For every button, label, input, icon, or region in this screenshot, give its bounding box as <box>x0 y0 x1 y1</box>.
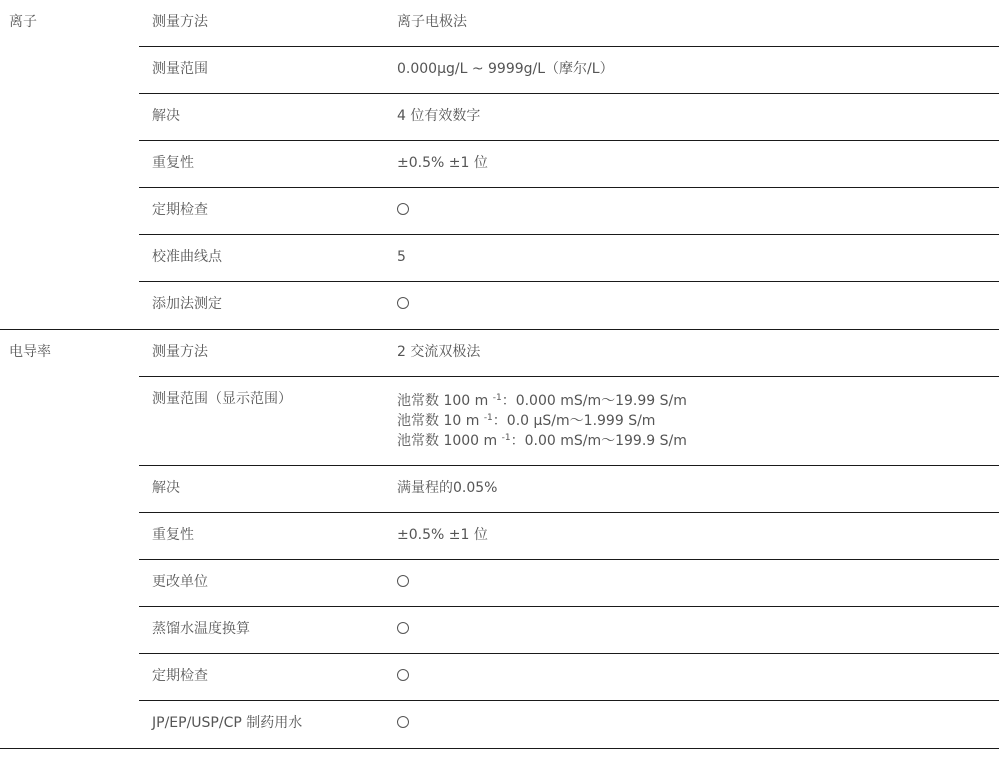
row-label: 蒸馏水温度换算 <box>139 607 384 653</box>
table-row: 测量范围（显示范围） 池常数 100 m -1：0.000 mS/m～19.99… <box>139 377 999 466</box>
row-value: 0.000μg/L ~ 9999g/L（摩尔/L） <box>384 47 999 93</box>
circle-check-icon <box>397 622 409 634</box>
range-prefix: 池常数 10 m <box>397 413 479 429</box>
table-row: 重复性 ±0.5% ±1 位 <box>139 141 999 188</box>
circle-check-icon <box>397 203 409 215</box>
spec-group-conductivity: 电导率 测量方法 2 交流双极法 测量范围（显示范围） 池常数 100 m -1… <box>0 330 999 749</box>
row-label: 重复性 <box>139 141 384 187</box>
table-row: 定期检查 <box>139 654 999 701</box>
spec-table: 离子 测量方法 离子电极法 测量范围 0.000μg/L ~ 9999g/L（摩… <box>0 0 999 749</box>
row-value: 离子电极法 <box>384 0 999 46</box>
row-label: 定期检查 <box>139 654 384 700</box>
row-value: 2 交流双极法 <box>384 330 999 376</box>
range-suffix: ：0.0 μS/m～1.999 S/m <box>493 413 656 429</box>
table-row: 解决 满量程的0.05% <box>139 466 999 513</box>
row-value <box>384 188 999 234</box>
range-prefix: 池常数 100 m <box>397 393 488 409</box>
range-exponent: -1 <box>493 393 502 403</box>
row-label: 测量方法 <box>139 330 384 376</box>
row-label: 解决 <box>139 94 384 140</box>
row-label: JP/EP/USP/CP 制药用水 <box>139 701 384 748</box>
circle-check-icon <box>397 716 409 728</box>
row-value: 满量程的0.05% <box>384 466 999 512</box>
group-label: 离子 <box>0 0 139 329</box>
spec-group-ion: 离子 测量方法 离子电极法 测量范围 0.000μg/L ~ 9999g/L（摩… <box>0 0 999 330</box>
range-line: 池常数 100 m -1：0.000 mS/m～19.99 S/m <box>397 391 999 411</box>
range-exponent: -1 <box>484 413 493 423</box>
table-row: 测量方法 离子电极法 <box>139 0 999 47</box>
row-value-multiline: 池常数 100 m -1：0.000 mS/m～19.99 S/m 池常数 10… <box>384 377 999 465</box>
group-rows: 测量方法 离子电极法 测量范围 0.000μg/L ~ 9999g/L（摩尔/L… <box>139 0 999 329</box>
row-value <box>384 654 999 700</box>
circle-check-icon <box>397 575 409 587</box>
circle-check-icon <box>397 669 409 681</box>
row-value: 5 <box>384 235 999 281</box>
table-row: 测量方法 2 交流双极法 <box>139 330 999 377</box>
table-row: 更改单位 <box>139 560 999 607</box>
table-row: 测量范围 0.000μg/L ~ 9999g/L（摩尔/L） <box>139 47 999 94</box>
row-label: 定期检查 <box>139 188 384 234</box>
range-exponent: -1 <box>502 433 511 443</box>
circle-check-icon <box>397 297 409 309</box>
row-label: 解决 <box>139 466 384 512</box>
group-label: 电导率 <box>0 330 139 748</box>
table-row: 校准曲线点 5 <box>139 235 999 282</box>
row-value: 4 位有效数字 <box>384 94 999 140</box>
row-value <box>384 282 999 329</box>
table-row: JP/EP/USP/CP 制药用水 <box>139 701 999 748</box>
row-label: 测量方法 <box>139 0 384 46</box>
row-label: 校准曲线点 <box>139 235 384 281</box>
row-label: 重复性 <box>139 513 384 559</box>
row-label: 添加法测定 <box>139 282 384 329</box>
row-label: 更改单位 <box>139 560 384 606</box>
table-row: 蒸馏水温度换算 <box>139 607 999 654</box>
group-rows: 测量方法 2 交流双极法 测量范围（显示范围） 池常数 100 m -1：0.0… <box>139 330 999 748</box>
row-label: 测量范围 <box>139 47 384 93</box>
range-line: 池常数 1000 m -1：0.00 mS/m～199.9 S/m <box>397 431 999 451</box>
table-row: 解决 4 位有效数字 <box>139 94 999 141</box>
table-row: 重复性 ±0.5% ±1 位 <box>139 513 999 560</box>
row-value <box>384 701 999 748</box>
row-value <box>384 560 999 606</box>
range-line: 池常数 10 m -1：0.0 μS/m～1.999 S/m <box>397 411 999 431</box>
table-row: 定期检查 <box>139 188 999 235</box>
range-prefix: 池常数 1000 m <box>397 433 497 449</box>
row-value: ±0.5% ±1 位 <box>384 513 999 559</box>
table-row: 添加法测定 <box>139 282 999 329</box>
row-value: ±0.5% ±1 位 <box>384 141 999 187</box>
range-suffix: ：0.000 mS/m～19.99 S/m <box>502 393 687 409</box>
row-value <box>384 607 999 653</box>
range-suffix: ：0.00 mS/m～199.9 S/m <box>511 433 687 449</box>
row-label: 测量范围（显示范围） <box>139 377 384 465</box>
